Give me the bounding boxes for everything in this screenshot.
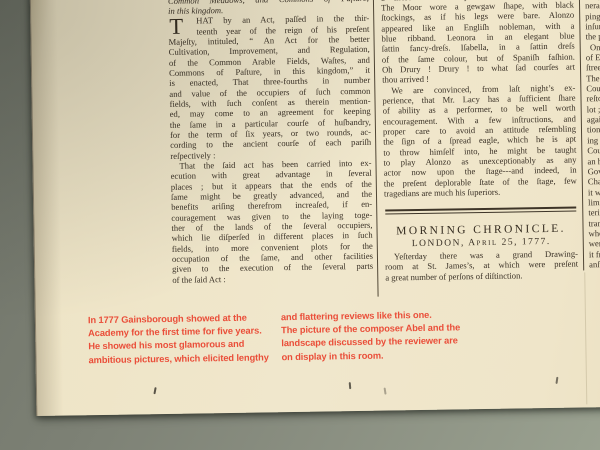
text-line: limit (588, 196, 600, 208)
newspaper-page: Common Meadows, and Commons of Paſture,i… (30, 0, 600, 416)
paper-stitch-mark (349, 382, 352, 389)
theatre-review-paragraph-1: a more ridiculous jumble of national hab… (381, 0, 575, 85)
text-line: it wa (588, 186, 600, 198)
text-line: lot ; (587, 103, 600, 115)
text-line: Cour (586, 82, 600, 94)
text-line: of the ſaid Act : (172, 272, 373, 285)
text-line: ſtreet, (586, 61, 600, 73)
text-line: a great number of perſons of diſtinction… (385, 269, 578, 282)
paper-stitch-mark (555, 377, 558, 384)
drawing-room-paragraph: Yeſterday there was a grand Drawing-room… (385, 249, 578, 283)
red-caption-left: In 1777 Gainsborough showed at theAcadem… (88, 311, 269, 367)
text-line: again (587, 113, 600, 125)
text-line: tranſ (588, 217, 600, 229)
text-line: inſura (585, 20, 600, 32)
text-line: the pa (585, 30, 600, 42)
text-line: reſtor (586, 92, 600, 104)
text-line: neral (585, 0, 600, 11)
text-line: an ha (587, 155, 600, 167)
newspaper-column-right-fragment: Judgeneralping,inſurathe pa Onof Eſtreet… (585, 0, 600, 270)
text-line: Coun (587, 144, 600, 156)
text-line: landscape discussed by the reviewer are (281, 335, 460, 351)
paper-crease-line (584, 272, 587, 404)
newspaper-column-middle: a more ridiculous jumble of national hab… (381, 0, 579, 283)
act-paragraph-1: T HAT by an Act, paſſed in the thir-teen… (168, 13, 371, 161)
text-line: it fr (589, 248, 600, 260)
text-line: The (586, 72, 600, 84)
text-line: Gove (588, 165, 600, 177)
photo-backdrop: Common Meadows, and Commons of Paſture,i… (0, 0, 600, 450)
screenshot-root: { "colors": { "backdrop_gray_dark": "#6f… (0, 0, 600, 450)
text-line: on display in this room. (281, 348, 460, 364)
text-line: who (589, 227, 600, 239)
column-rule-left (373, 0, 379, 297)
act-paragraph-2: That the ſaid act has been carried into … (170, 158, 373, 285)
section-divider-rule (385, 207, 576, 215)
paper-stitch-mark (153, 387, 156, 394)
morning-chronicle-heading: MORNING CHRONICLE. (384, 224, 577, 237)
text-line: ing (587, 134, 600, 146)
text-line: were (589, 237, 600, 249)
newspaper-column-left: Common Meadows, and Commons of Paſture,i… (168, 0, 374, 285)
text-line: On (586, 41, 600, 53)
column-rule-right (579, 0, 585, 270)
text-line: ping, (585, 10, 600, 22)
theatre-review-paragraph-2: We are convinced, from laſt night’s ex-p… (382, 82, 577, 199)
paper-stitch-mark (384, 387, 387, 394)
drop-cap-initial: T (169, 17, 183, 37)
text-line: tions (587, 123, 600, 135)
text-line: of E (586, 51, 600, 63)
london-dateline: LONDON, April 25, 1777. (385, 236, 578, 249)
text-line: terin (588, 206, 600, 218)
text-line: ambitious pictures, which elicited lengt… (88, 351, 268, 367)
red-caption-right: and flattering reviews like this one.The… (281, 308, 461, 364)
text-line: tragedians are much his ſuperiors. (384, 186, 577, 199)
text-line: anſw (589, 258, 600, 270)
text-line: Chai (588, 175, 600, 187)
